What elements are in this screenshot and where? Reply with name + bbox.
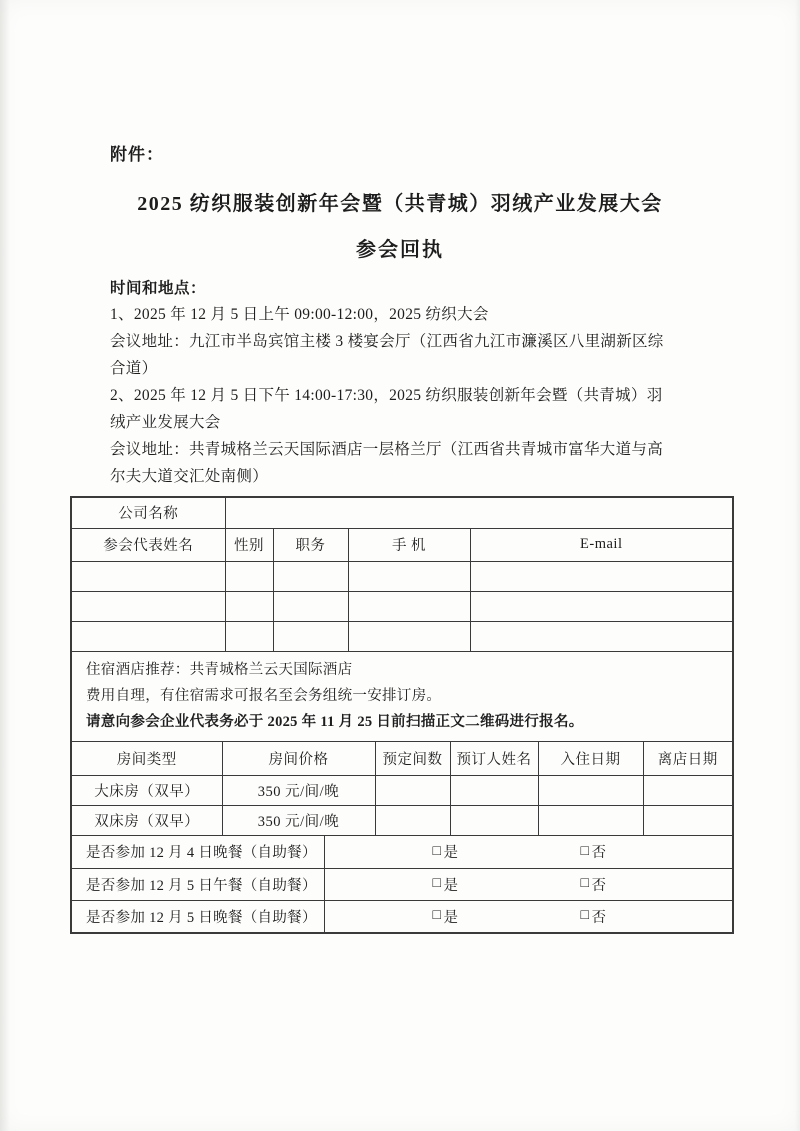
- no-label: 否: [591, 841, 606, 862]
- body-line: 绒产业发展大会: [110, 409, 710, 436]
- attendee-header-mobile: 手 机: [348, 528, 470, 561]
- room-header-checkin: 入住日期: [538, 742, 643, 775]
- company-name-label: 公司名称: [72, 498, 225, 528]
- room-type: 大床房（双早）: [72, 775, 222, 805]
- attendee-row: [72, 591, 732, 621]
- attendee-mobile-field: [348, 621, 470, 651]
- meal-row: 是否参加 12 月 5 日晚餐（自助餐） □是 □否: [72, 900, 732, 932]
- attendee-position-field: [273, 591, 348, 621]
- section-heading-time-place: 时间和地点：: [110, 276, 800, 298]
- checkbox-icon: □: [433, 877, 442, 891]
- room-checkout-field: [643, 805, 732, 835]
- room-header-checkout: 离店日期: [643, 742, 732, 775]
- meal-question: 是否参加 12 月 5 日晚餐（自助餐）: [72, 900, 324, 932]
- room-table: 房间类型 房间价格 预定间数 预订人姓名 入住日期 离店日期 大床房（双早） 3…: [72, 742, 732, 835]
- meal-table: 是否参加 12 月 4 日晚餐（自助餐） □是 □否 是否参加 12 月 5 日…: [72, 836, 732, 932]
- attendee-email-field: [470, 561, 732, 591]
- attendee-mobile-field: [348, 561, 470, 591]
- meal-option-no: □否: [580, 841, 606, 862]
- room-row-twin: 双床房（双早） 350 元/间/晚: [72, 805, 732, 835]
- document-subtitle: 参会回执: [0, 233, 800, 262]
- no-label: 否: [591, 874, 606, 895]
- checkbox-icon: □: [433, 845, 442, 859]
- meal-answer-cell: □是 □否: [324, 836, 732, 868]
- attachment-label: 附件：: [110, 140, 800, 165]
- attendee-header-name: 参会代表姓名: [72, 528, 225, 561]
- room-type: 双床房（双早）: [72, 805, 222, 835]
- attendee-gender-field: [225, 561, 273, 591]
- document-page: 附件： 2025 纺织服装创新年会暨（共青城）羽绒产业发展大会 参会回执 时间和…: [0, 0, 800, 1131]
- room-checkin-field: [538, 775, 643, 805]
- meal-option-yes: □是: [433, 841, 459, 862]
- room-checkin-field: [538, 805, 643, 835]
- attendee-name-field: [72, 561, 225, 591]
- attendee-row: [72, 621, 732, 651]
- attendee-row: [72, 561, 732, 591]
- no-label: 否: [591, 906, 606, 927]
- meal-question: 是否参加 12 月 5 日午餐（自助餐）: [72, 868, 324, 900]
- meal-option-yes: □是: [433, 874, 459, 895]
- meal-option-yes: □是: [433, 906, 459, 927]
- meal-row: 是否参加 12 月 5 日午餐（自助餐） □是 □否: [72, 868, 732, 900]
- room-count-field: [375, 775, 450, 805]
- body-line: 尔夫大道交汇处南侧）: [110, 463, 710, 490]
- room-booker-field: [450, 805, 538, 835]
- room-booker-field: [450, 775, 538, 805]
- yes-label: 是: [443, 841, 458, 862]
- room-header-type: 房间类型: [72, 742, 222, 775]
- room-row-king: 大床房（双早） 350 元/间/晚: [72, 775, 732, 805]
- attendee-email-field: [470, 621, 732, 651]
- meal-answer-cell: □是 □否: [324, 900, 732, 932]
- attendee-table: 公司名称 参会代表姓名 性别 职务 手 机 E-mail: [72, 498, 732, 651]
- meal-answer-cell: □是 □否: [324, 868, 732, 900]
- attendee-header-position: 职务: [273, 528, 348, 561]
- hotel-note-cost: 费用自理，有住宿需求可报名至会务组统一安排订房。: [86, 683, 720, 709]
- attendee-gender-field: [225, 591, 273, 621]
- attendee-mobile-field: [348, 591, 470, 621]
- hotel-note-deadline: 请意向参会企业代表务必于 2025 年 11 月 25 日前扫描正文二维码进行报…: [86, 709, 720, 735]
- checkbox-icon: □: [433, 909, 442, 923]
- room-price: 350 元/间/晚: [222, 775, 375, 805]
- attendee-name-field: [72, 621, 225, 651]
- meal-option-no: □否: [580, 874, 606, 895]
- room-price: 350 元/间/晚: [222, 805, 375, 835]
- attendee-name-field: [72, 591, 225, 621]
- room-count-field: [375, 805, 450, 835]
- room-checkout-field: [643, 775, 732, 805]
- body-text: 1、2025 年 12 月 5 日上午 09:00-12:00，2025 纺织大…: [110, 301, 710, 490]
- yes-label: 是: [443, 906, 458, 927]
- attendee-header-email: E-mail: [470, 528, 732, 561]
- company-name-field: [225, 498, 732, 528]
- body-line: 2、2025 年 12 月 5 日下午 14:00-17:30，2025 纺织服…: [110, 382, 710, 409]
- room-header-booker: 预订人姓名: [450, 742, 538, 775]
- attendee-position-field: [273, 621, 348, 651]
- hotel-note-recommendation: 住宿酒店推荐：共青城格兰云天国际酒店: [86, 657, 720, 683]
- body-line: 合道）: [110, 355, 710, 382]
- body-line: 会议地址：九江市半岛宾馆主楼 3 楼宴会厅（江西省九江市濂溪区八里湖新区综: [110, 328, 710, 355]
- room-header-count: 预定间数: [375, 742, 450, 775]
- body-line: 1、2025 年 12 月 5 日上午 09:00-12:00，2025 纺织大…: [110, 301, 710, 328]
- checkbox-icon: □: [580, 845, 589, 859]
- document-title: 2025 纺织服装创新年会暨（共青城）羽绒产业发展大会: [0, 187, 800, 216]
- yes-label: 是: [443, 874, 458, 895]
- checkbox-icon: □: [580, 909, 589, 923]
- meal-option-no: □否: [580, 906, 606, 927]
- attendee-header-gender: 性别: [225, 528, 273, 561]
- checkbox-icon: □: [580, 877, 589, 891]
- meal-question: 是否参加 12 月 4 日晚餐（自助餐）: [72, 836, 324, 868]
- registration-form-table: 公司名称 参会代表姓名 性别 职务 手 机 E-mail: [70, 496, 734, 934]
- meal-row: 是否参加 12 月 4 日晚餐（自助餐） □是 □否: [72, 836, 732, 868]
- attendee-gender-field: [225, 621, 273, 651]
- hotel-note: 住宿酒店推荐：共青城格兰云天国际酒店 费用自理，有住宿需求可报名至会务组统一安排…: [72, 651, 732, 742]
- attendee-position-field: [273, 561, 348, 591]
- body-line: 会议地址：共青城格兰云天国际酒店一层格兰厅（江西省共青城市富华大道与高: [110, 436, 710, 463]
- attendee-email-field: [470, 591, 732, 621]
- room-header-price: 房间价格: [222, 742, 375, 775]
